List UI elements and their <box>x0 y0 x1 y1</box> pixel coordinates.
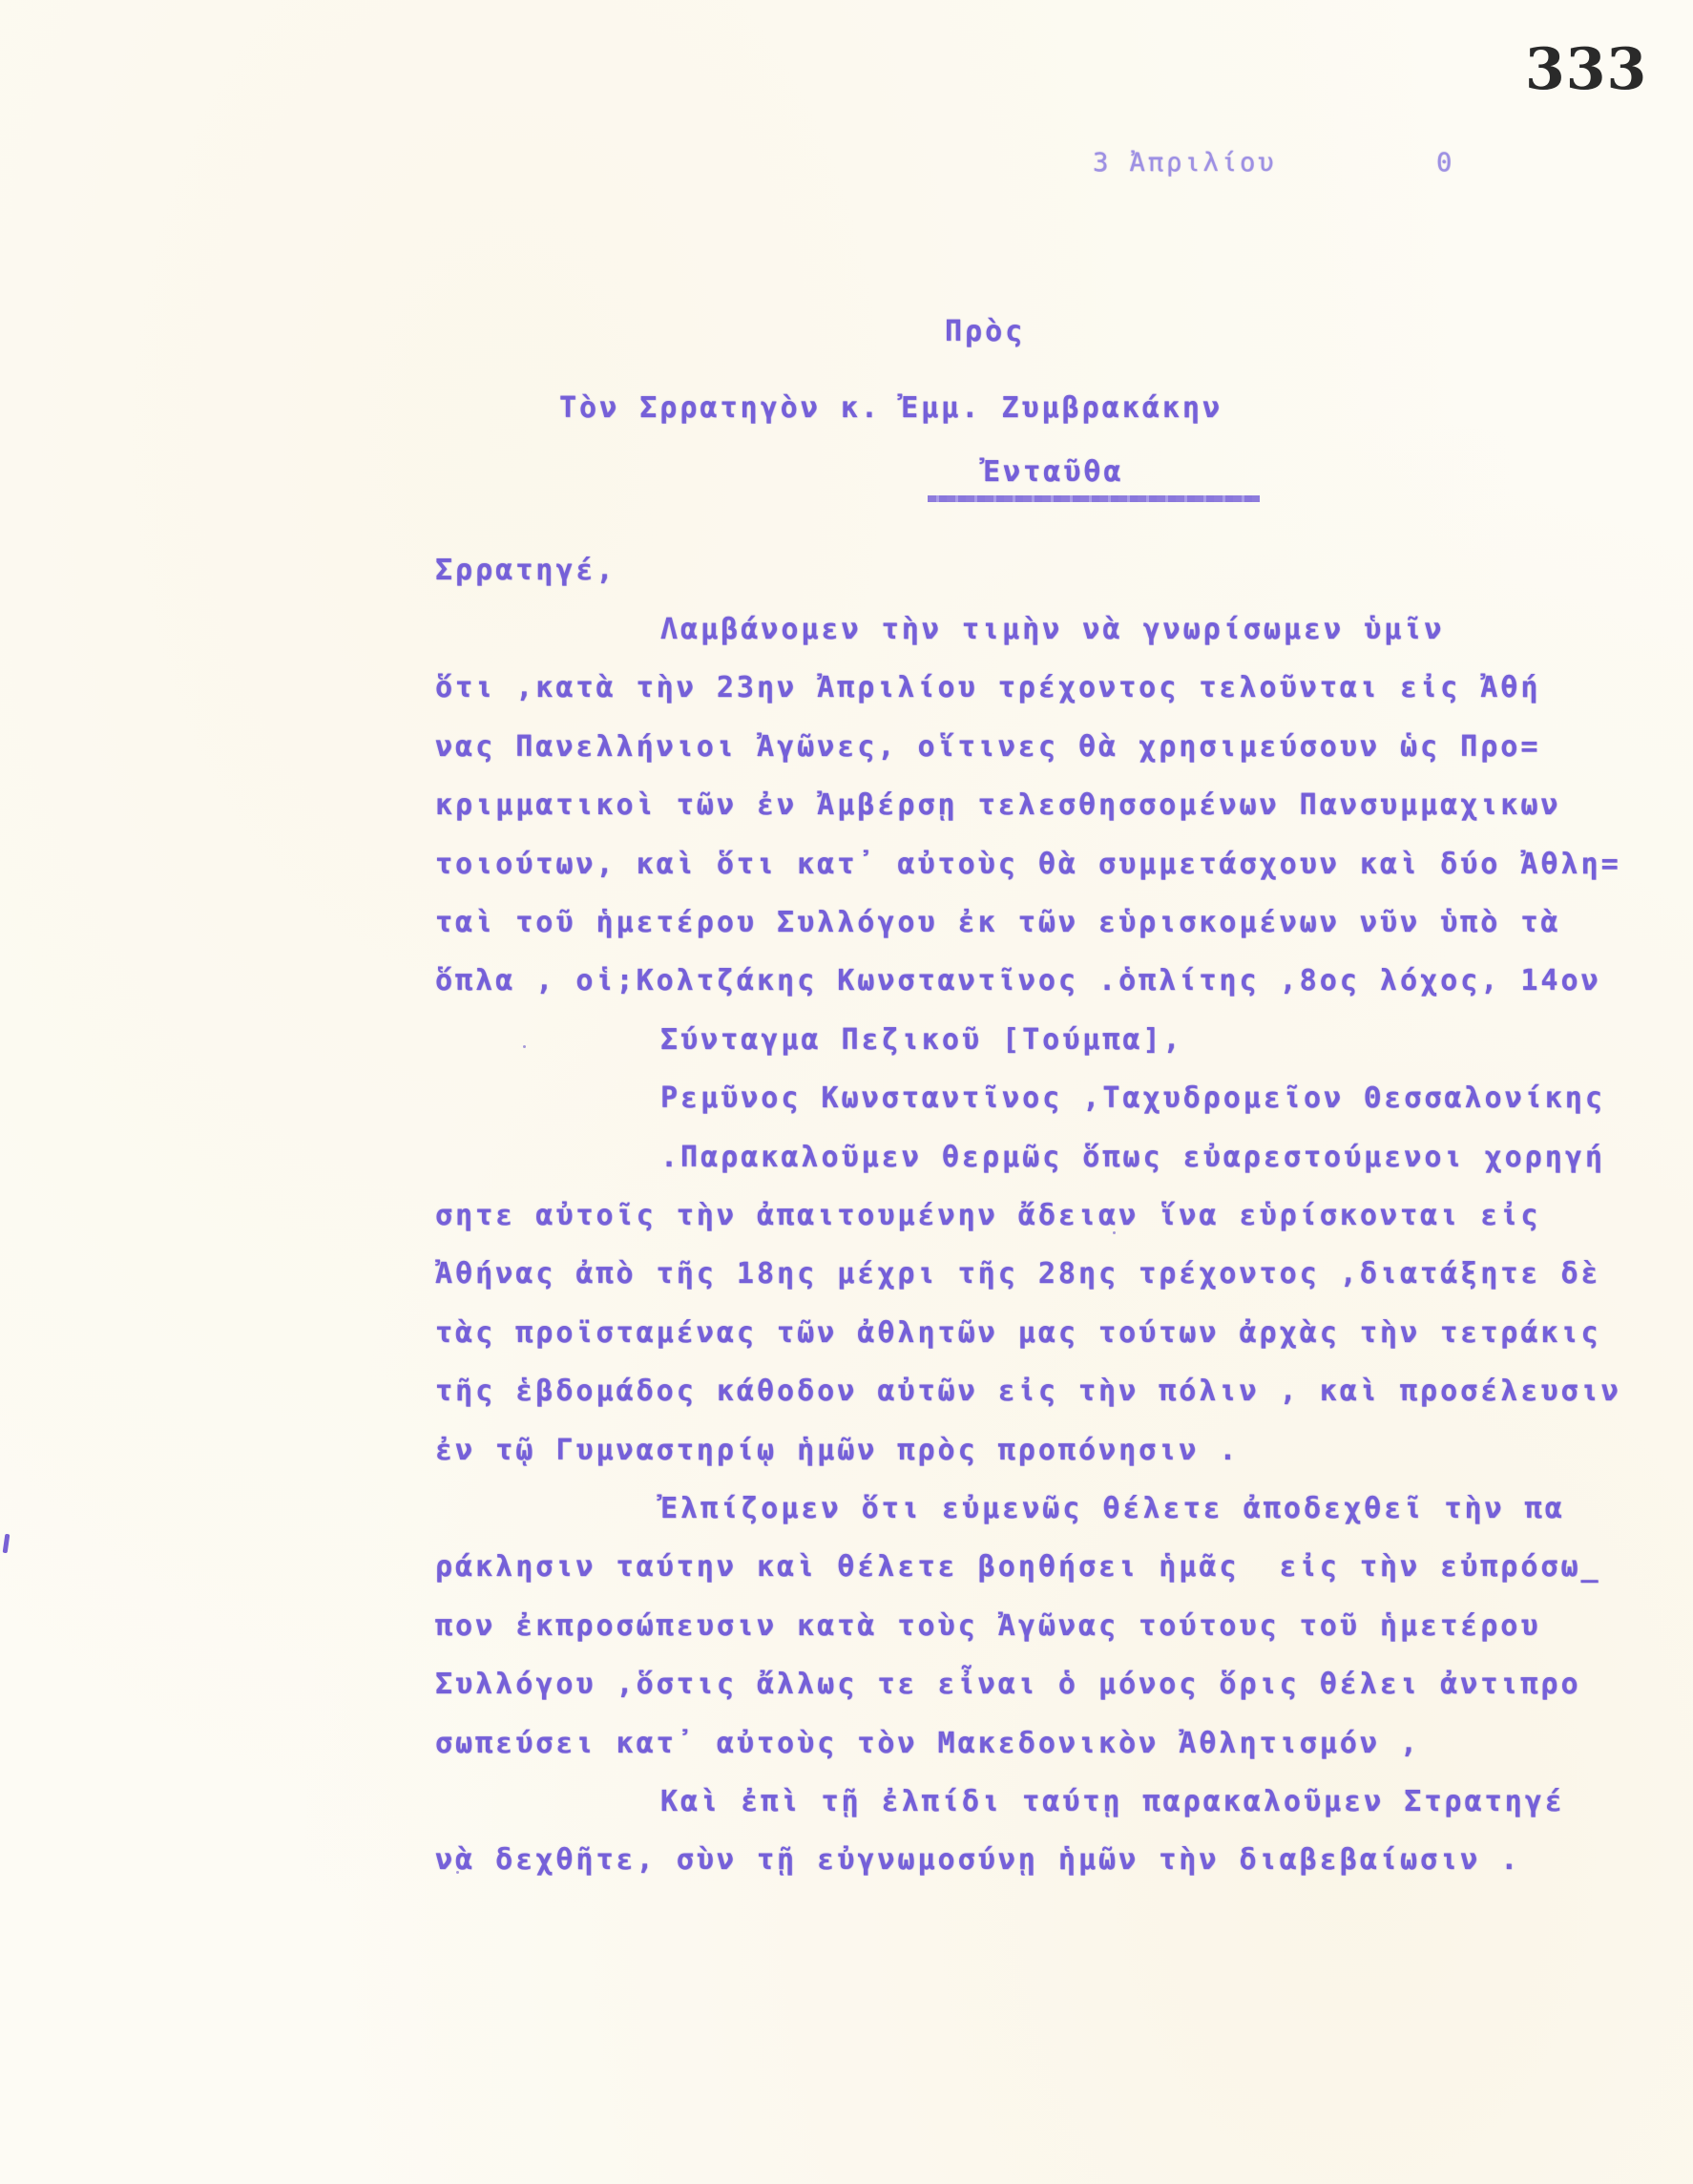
recipient-name: Τὸν Σρρατηγὸν κ. Ἐμμ. Ζυμβρακάκην <box>559 391 1223 425</box>
recipient-underline <box>928 495 1260 502</box>
body-line: ράκλησιν ταύτην καὶ θέλετε βοηθήσει ἡμᾶς… <box>435 1550 1601 1584</box>
header-date: 3 Ἀπριλίου <box>1093 148 1277 178</box>
body-line: ταὶ τοῦ ἡμετέρου Συλλόγου ἐκ τῶν εὑρισκο… <box>435 906 1560 939</box>
body-line: νας Πανελλήνιοι Ἀγῶνες, οἵτινες θὰ χρησι… <box>435 730 1540 764</box>
body-line: ὅπλα , οἱ;Κολτζάκης Κωνσταντῖνος .ὁπλίτη… <box>435 964 1601 997</box>
body-line: Σύνταγμα Πεζικοῦ [Τούμπα], <box>660 1023 1183 1057</box>
body-line: ὅτι ,κατὰ τὴν 23ην Ἀπριλίου τρέχοντος τε… <box>435 671 1540 704</box>
recipient-place: Ἐνταῦθα <box>983 455 1123 489</box>
body-line: σωπεύσει κατ᾽ αὐτοὺς τὸν Μακεδονικὸν Ἀθλ… <box>435 1727 1420 1760</box>
header-marker: 0 <box>1436 148 1454 178</box>
body-line: τὰς προϊσταμένας τῶν ἀθλητῶν μας τούτων … <box>435 1316 1601 1350</box>
body-line: σητε αὐτοῖς τὴν ἀπαιτουμένην ἄδειαν ἵνα … <box>435 1199 1540 1232</box>
ink-speck <box>523 1045 526 1048</box>
body-line: Λαμβάνομεν τὴν τιμὴν νὰ γνωρίσωμεν ὑμῖν <box>660 613 1444 646</box>
salutation: Σρρατηγέ, <box>435 554 617 587</box>
body-line: Συλλόγου ,ὅστις ἄλλως τε εἶναι ὁ μόνος ὅ… <box>435 1668 1581 1701</box>
body-line: Ρεμῦνος Κωνσταντῖνος ,Ταχυδρομεῖον Θεσσα… <box>660 1081 1605 1115</box>
body-line: Ἀθήνας ἀπὸ τῆς 18ης μέχρι τῆς 28ης τρέχο… <box>435 1257 1601 1291</box>
body-line: νὰ δεχθῆτε, σὺν τῇ εὐγνωμοσύνῃ ἡμῶν τὴν … <box>435 1843 1520 1877</box>
page-number: 333 <box>1525 36 1647 103</box>
body-line: τοιούτων, καὶ ὅτι κατ᾽ αὐτοὺς θὰ συμμετά… <box>435 848 1621 881</box>
body-line: .Παρακαλοῦμεν θερμῶς ὅπως εὐαρεστούμενοι… <box>660 1141 1605 1174</box>
ink-speck <box>1113 1231 1116 1234</box>
body-line: πον ἐκπροσώπευσιν κατὰ τοὺς Ἀγῶνας τούτο… <box>435 1609 1540 1643</box>
body-line: ἐν τῷ Γυμναστηρίῳ ἡμῶν πρὸς προπόνησιν . <box>435 1434 1239 1467</box>
recipient-pros: Πρὸς <box>945 315 1025 348</box>
body-line: τῆς ἑβδομάδος κάθοδον αὐτῶν εἰς τὴν πόλι… <box>435 1375 1621 1408</box>
body-line: κριμματικοὶ τῶν ἐν Ἀμβέρσῃ τελεσθησσομέν… <box>435 788 1560 822</box>
ink-speck <box>456 1871 459 1874</box>
body-line: Ἐλπίζομεν ὅτι εὐμενῶς θέλετε ἀποδεχθεῖ τ… <box>660 1492 1565 1525</box>
body-line: Καὶ ἐπὶ τῇ ἐλπίδι ταύτῃ παρακαλοῦμεν Στρ… <box>660 1785 1565 1818</box>
